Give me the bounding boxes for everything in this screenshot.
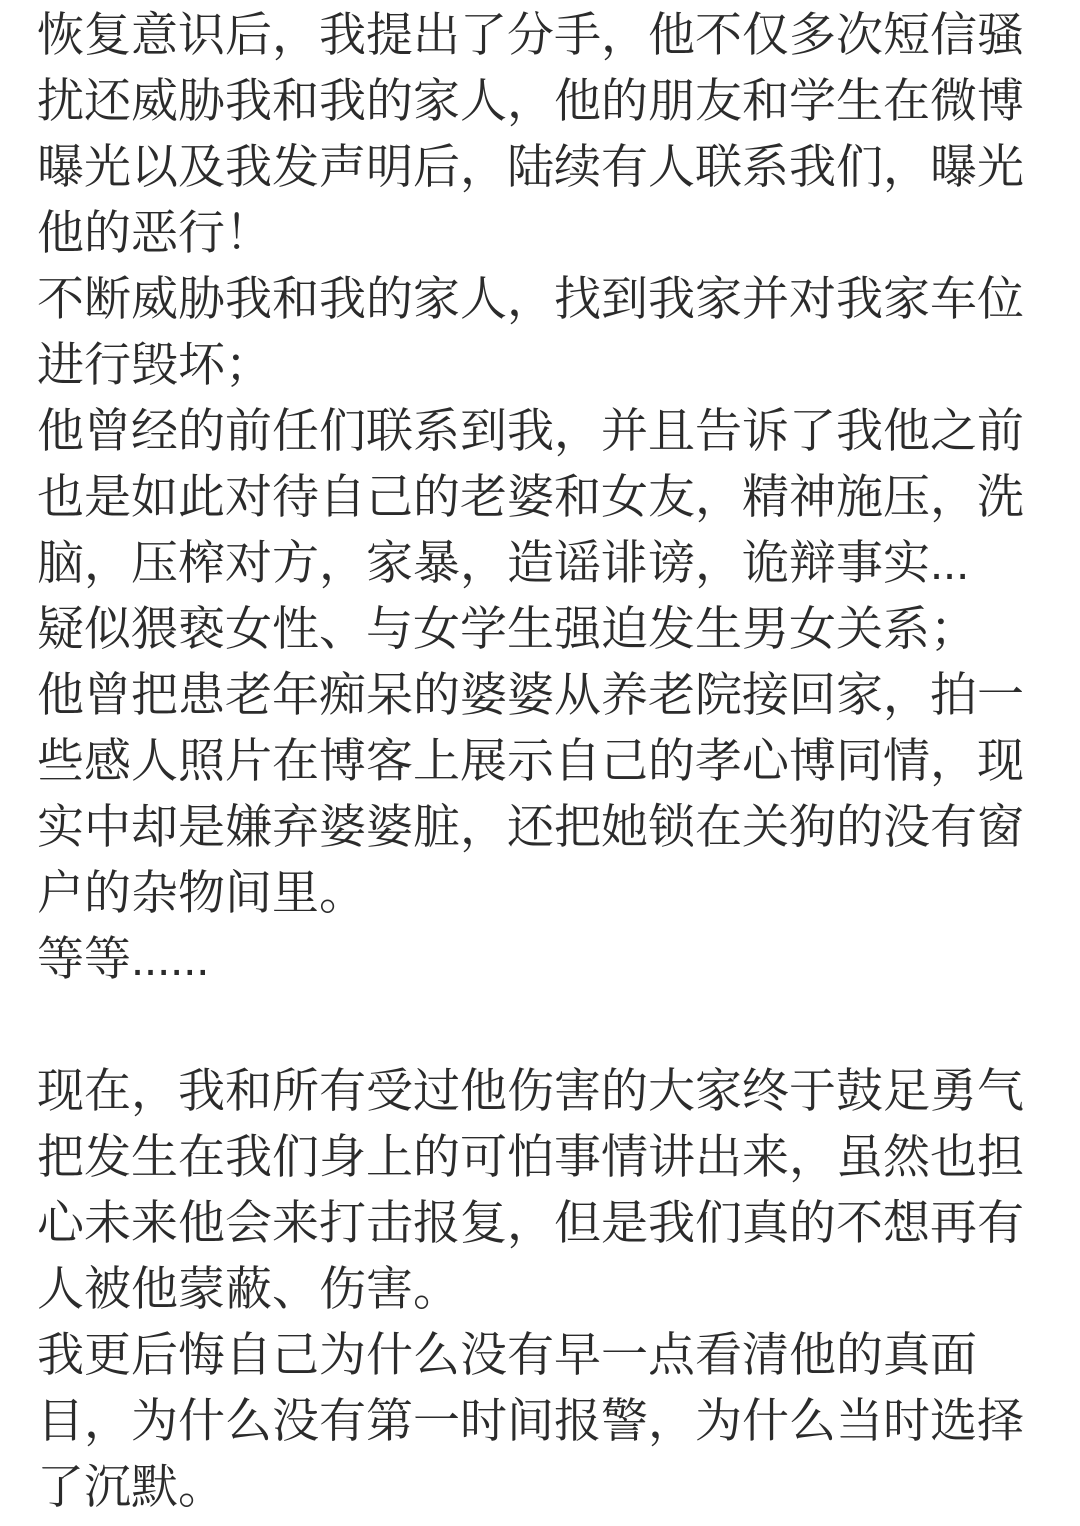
paragraph-mother-in-law-story: 他曾把患老年痴呆的婆婆从养老院接回家，拍一些感人照片在博客上展示自己的孝心博同情…	[37, 662, 1045, 926]
paragraph-regret-silence: 我更后悔自己为什么没有早一点看清他的真面目，为什么没有第一时间报警，为什么当时选…	[37, 1322, 1045, 1520]
paragraph-breakup-harassment: 恢复意识后，我提出了分手，他不仅多次短信骚扰还威胁我和我的家人，他的朋友和学生在…	[37, 2, 1045, 266]
paragraph-ex-partners-accounts: 他曾经的前任们联系到我，并且告诉了我他之前也是如此对待自己的老婆和女友，精神施压…	[37, 398, 1045, 596]
paragraph-threats-parking-damage: 不断威胁我和我的家人，找到我家并对我家车位进行毁坏；	[37, 266, 1045, 398]
document-page: 恢复意识后，我提出了分手，他不仅多次短信骚扰还威胁我和我的家人，他的朋友和学生在…	[0, 0, 1080, 1526]
paragraph-etc-ellipsis: 等等......	[37, 926, 1045, 992]
paragraph-spacer	[37, 992, 1045, 1058]
paragraph-misconduct-allegations: 疑似猥亵女性、与女学生强迫发生男女关系；	[37, 596, 1045, 662]
paragraph-speaking-out: 现在，我和所有受过他伤害的大家终于鼓足勇气把发生在我们身上的可怕事情讲出来，虽然…	[37, 1058, 1045, 1322]
